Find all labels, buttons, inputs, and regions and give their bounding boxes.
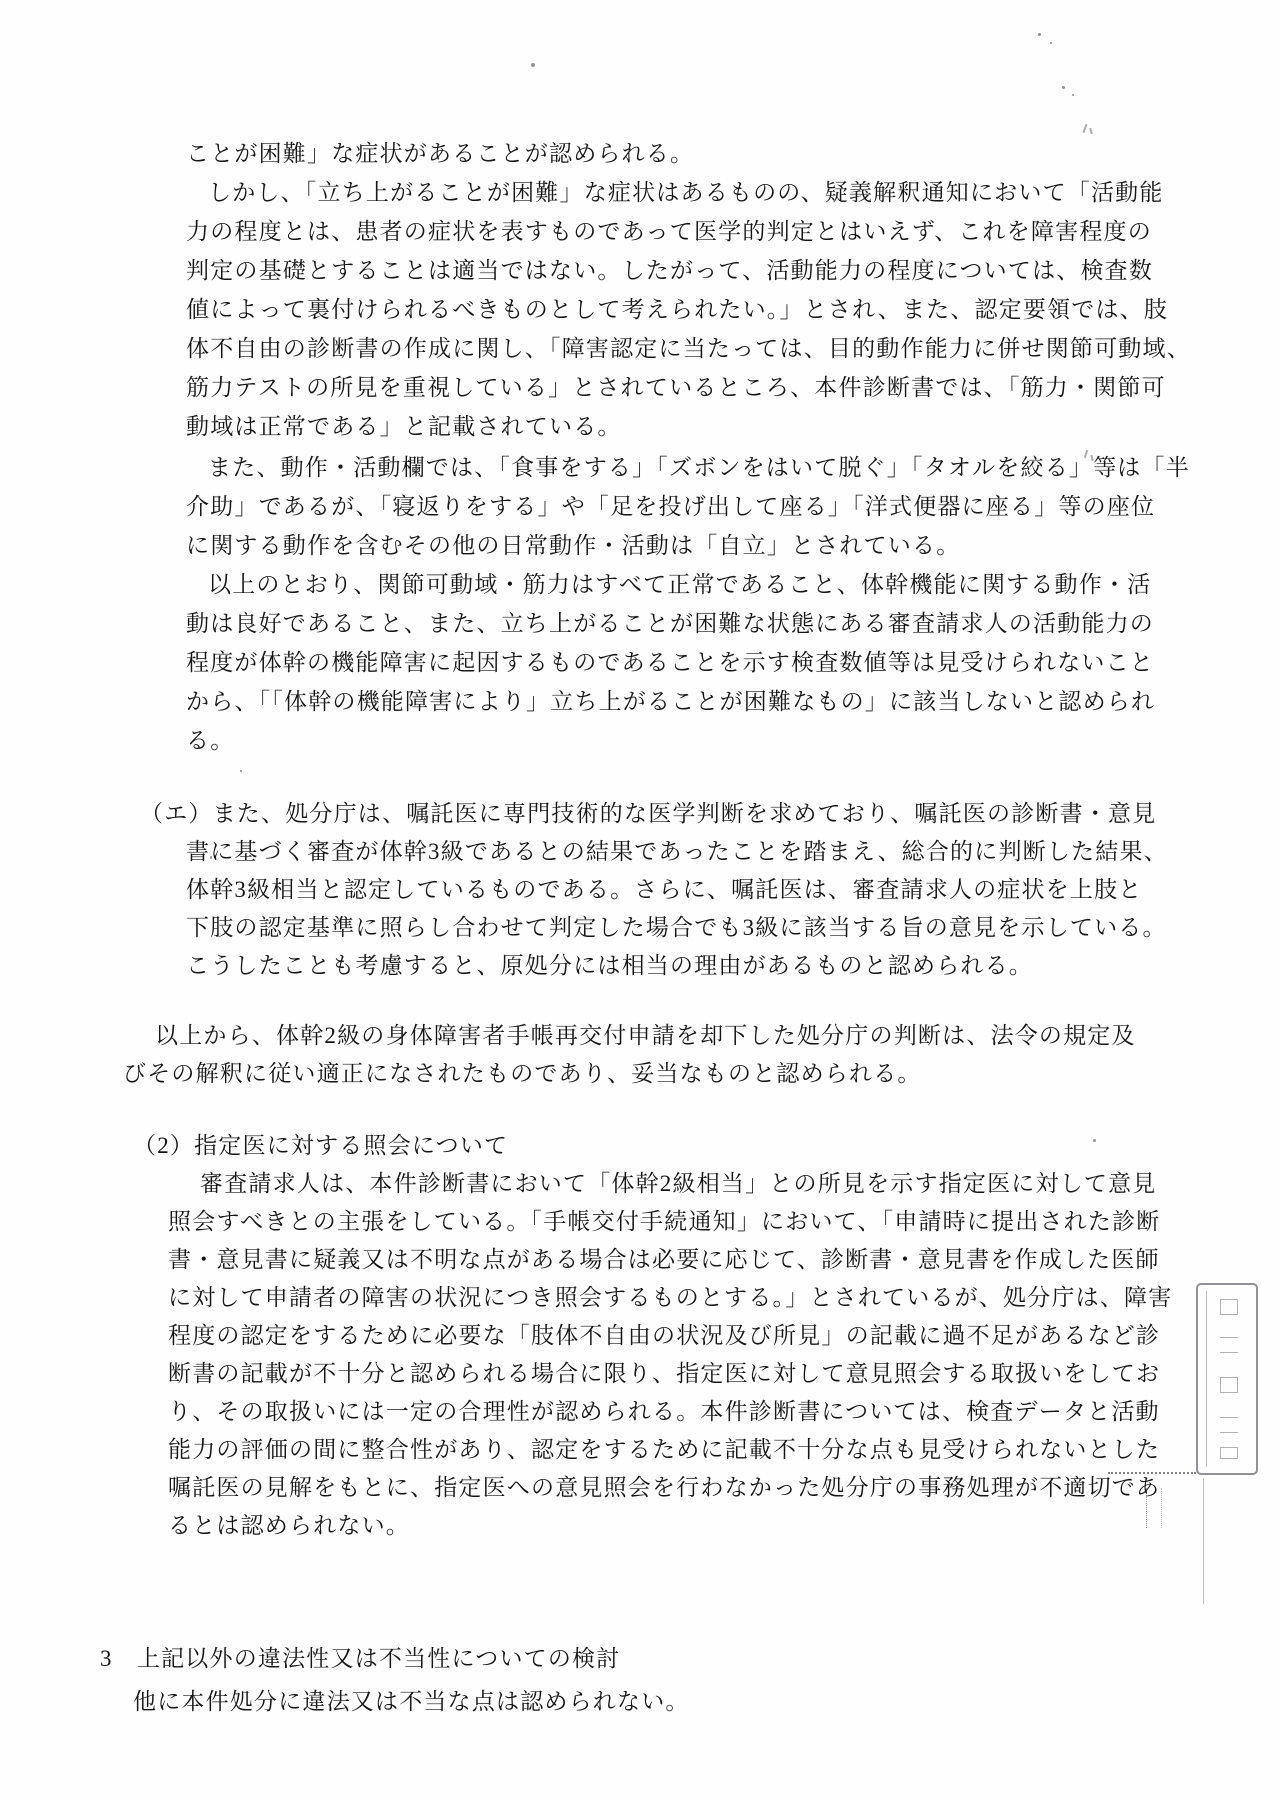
text-line: 書に基づく審査が体幹3級であるとの結果であったことを踏まえ、総合的に判断した結果… [186, 833, 1168, 866]
text-line: しかし、「立ち上がることが困難」な症状はあるものの、疑義解釈通知において「活動能 [208, 174, 1164, 207]
text-line: から、「「体幹の機能障害により」立ち上がることが困難なもの」に該当しないと認めら… [186, 683, 1155, 716]
scan-speck [1050, 42, 1052, 44]
text-line: 能力の評価の間に整合性があり、認定をするために記載不十分な点も見受けられないとし… [168, 1431, 1160, 1464]
text-line: ことが困難」な症状があることが認められる。 [186, 135, 694, 168]
text-line: びその解釈に従い適正になされたものであり、妥当なものと認められる。 [123, 1055, 922, 1088]
text-line: 以上のとおり、関節可動域・筋力はすべて正常であること、体幹機能に関する動作・活 [208, 566, 1151, 599]
scan-speck [628, 852, 631, 855]
text-line: に関する動作を含むその他の日常動作・活動は「自立」とされている。 [186, 527, 960, 560]
text-line: 嘱託医の見解をもとに、指定医への意見照会を行わなかった処分庁の事務処理が不適切で… [168, 1469, 1160, 1502]
text-line: 書・意見書に疑義又は不明な点がある場合は必要に応じて、診断書・意見書を作成した医… [168, 1241, 1160, 1274]
text-line: り、その取扱いには一定の合理性が認められる。本件診断書については、検査データと活… [168, 1393, 1160, 1426]
text-line: 動は良好であること、また、立ち上がることが困難な状態にある審査請求人の活動能力の [186, 605, 1154, 638]
text-line: る。 [186, 722, 234, 755]
scan-mark [1089, 128, 1092, 134]
stamp-tail-line [1203, 1478, 1204, 1604]
text-line: 動域は正常である」と記載されている。 [186, 408, 622, 441]
text-line: 体幹3級相当と認定しているものである。さらに、嘱託医は、審査請求人の症状を上肢と [186, 871, 1143, 904]
text-line: 力の程度とは、患者の症状を表すものであって医学的判定とはいえず、これを障害程度の [186, 213, 1152, 246]
stamp-glyph [1220, 1299, 1238, 1315]
text-line: 筋力テストの所見を重視している」とされているところ、本件診断書では、「筋力・関節… [186, 369, 1166, 402]
text-line: 程度が体幹の機能障害に起因するものであることを示す検査数値等は見受けられないこと [186, 644, 1154, 677]
text-line: 値によって裏付けられるべきものとして考えられたい。」とされ、また、認定要領では、… [186, 291, 1168, 324]
stamp-side-marks [1146, 1488, 1162, 1528]
stamp-inner-rule [1206, 1291, 1207, 1467]
section-3-heading: 3 上記以外の違法性又は不当性についての検討 [100, 1640, 620, 1673]
scan-speck [1062, 86, 1065, 89]
stamp-glyph [1220, 1377, 1238, 1393]
text-line: 下肢の認定基準に照らし合わせて判定した場合でも3級に該当する旨の意見を示している… [186, 909, 1167, 942]
text-line: るとは認められない。 [168, 1507, 410, 1540]
stamp-glyph [1220, 1337, 1238, 1353]
text-line: 以上から、体幹2級の身体障害者手帳再交付申請を却下した処分庁の判断は、法令の規定… [155, 1017, 1136, 1050]
stamp-leader-line [1108, 1472, 1196, 1477]
stamp-glyph [1220, 1417, 1238, 1433]
text-line: 断書の記載が不十分と認められる場合に限り、指定医に対して意見照会する取扱いをして… [168, 1355, 1160, 1388]
text-line: 審査請求人は、本件診断書において「体幹2級相当」との所見を示す指定医に対して意見 [200, 1165, 1157, 1198]
scan-speck [531, 63, 535, 67]
text-line: 判定の基礎とすることは適当ではない。したがって、活動能力の程度については、検査数 [186, 252, 1153, 285]
scan-speck [1072, 94, 1074, 96]
text-line: 他に本件処分に違法又は不当な点は認められない。 [133, 1683, 690, 1716]
stamp-glyph [1220, 1447, 1238, 1459]
text-line: また、動作・活動欄では、「食事をする」「ズボンをはいて脱ぐ」「タオルを絞る」等は… [208, 449, 1190, 482]
scan-speck [210, 856, 212, 859]
received-stamp [1196, 1283, 1258, 1475]
text-line: に対して申請者の障害の状況につき照会するものとする。」とされているが、処分庁は、… [168, 1279, 1172, 1312]
section-2-heading: （2）指定医に対する照会について [133, 1127, 508, 1160]
text-line: 程度の認定をするために必要な「肢体不自由の状況及び所見」の記載に過不足があるなど… [168, 1317, 1160, 1350]
text-line: こうしたことも考慮すると、原処分には相当の理由があるものと認められる。 [186, 947, 1033, 980]
text-line: 介助」であるが、「寝返りをする」や「足を投げ出して座る」「洋式便器に座る」等の座… [186, 488, 1155, 521]
scanned-document-page: ことが困難」な症状があることが認められる。 しかし、「立ち上がることが困難」な症… [0, 0, 1280, 1800]
text-line: 照会すべきとの主張をしている。「手帳交付手続通知」において、「申請時に提出された… [168, 1203, 1160, 1236]
scan-speck [1038, 33, 1041, 36]
scan-speck [1093, 1139, 1096, 1142]
scan-mark [1083, 124, 1088, 133]
item-e-first-line: （エ）また、処分庁は、嘱託医に専門技術的な医学判断を求めており、嘱託医の診断書・… [140, 795, 1156, 828]
text-line: 体不自由の診断書の作成に関し、「障害認定に当たっては、目的動作能力に併せ関節可動… [186, 330, 1191, 363]
scan-speck [240, 770, 242, 772]
